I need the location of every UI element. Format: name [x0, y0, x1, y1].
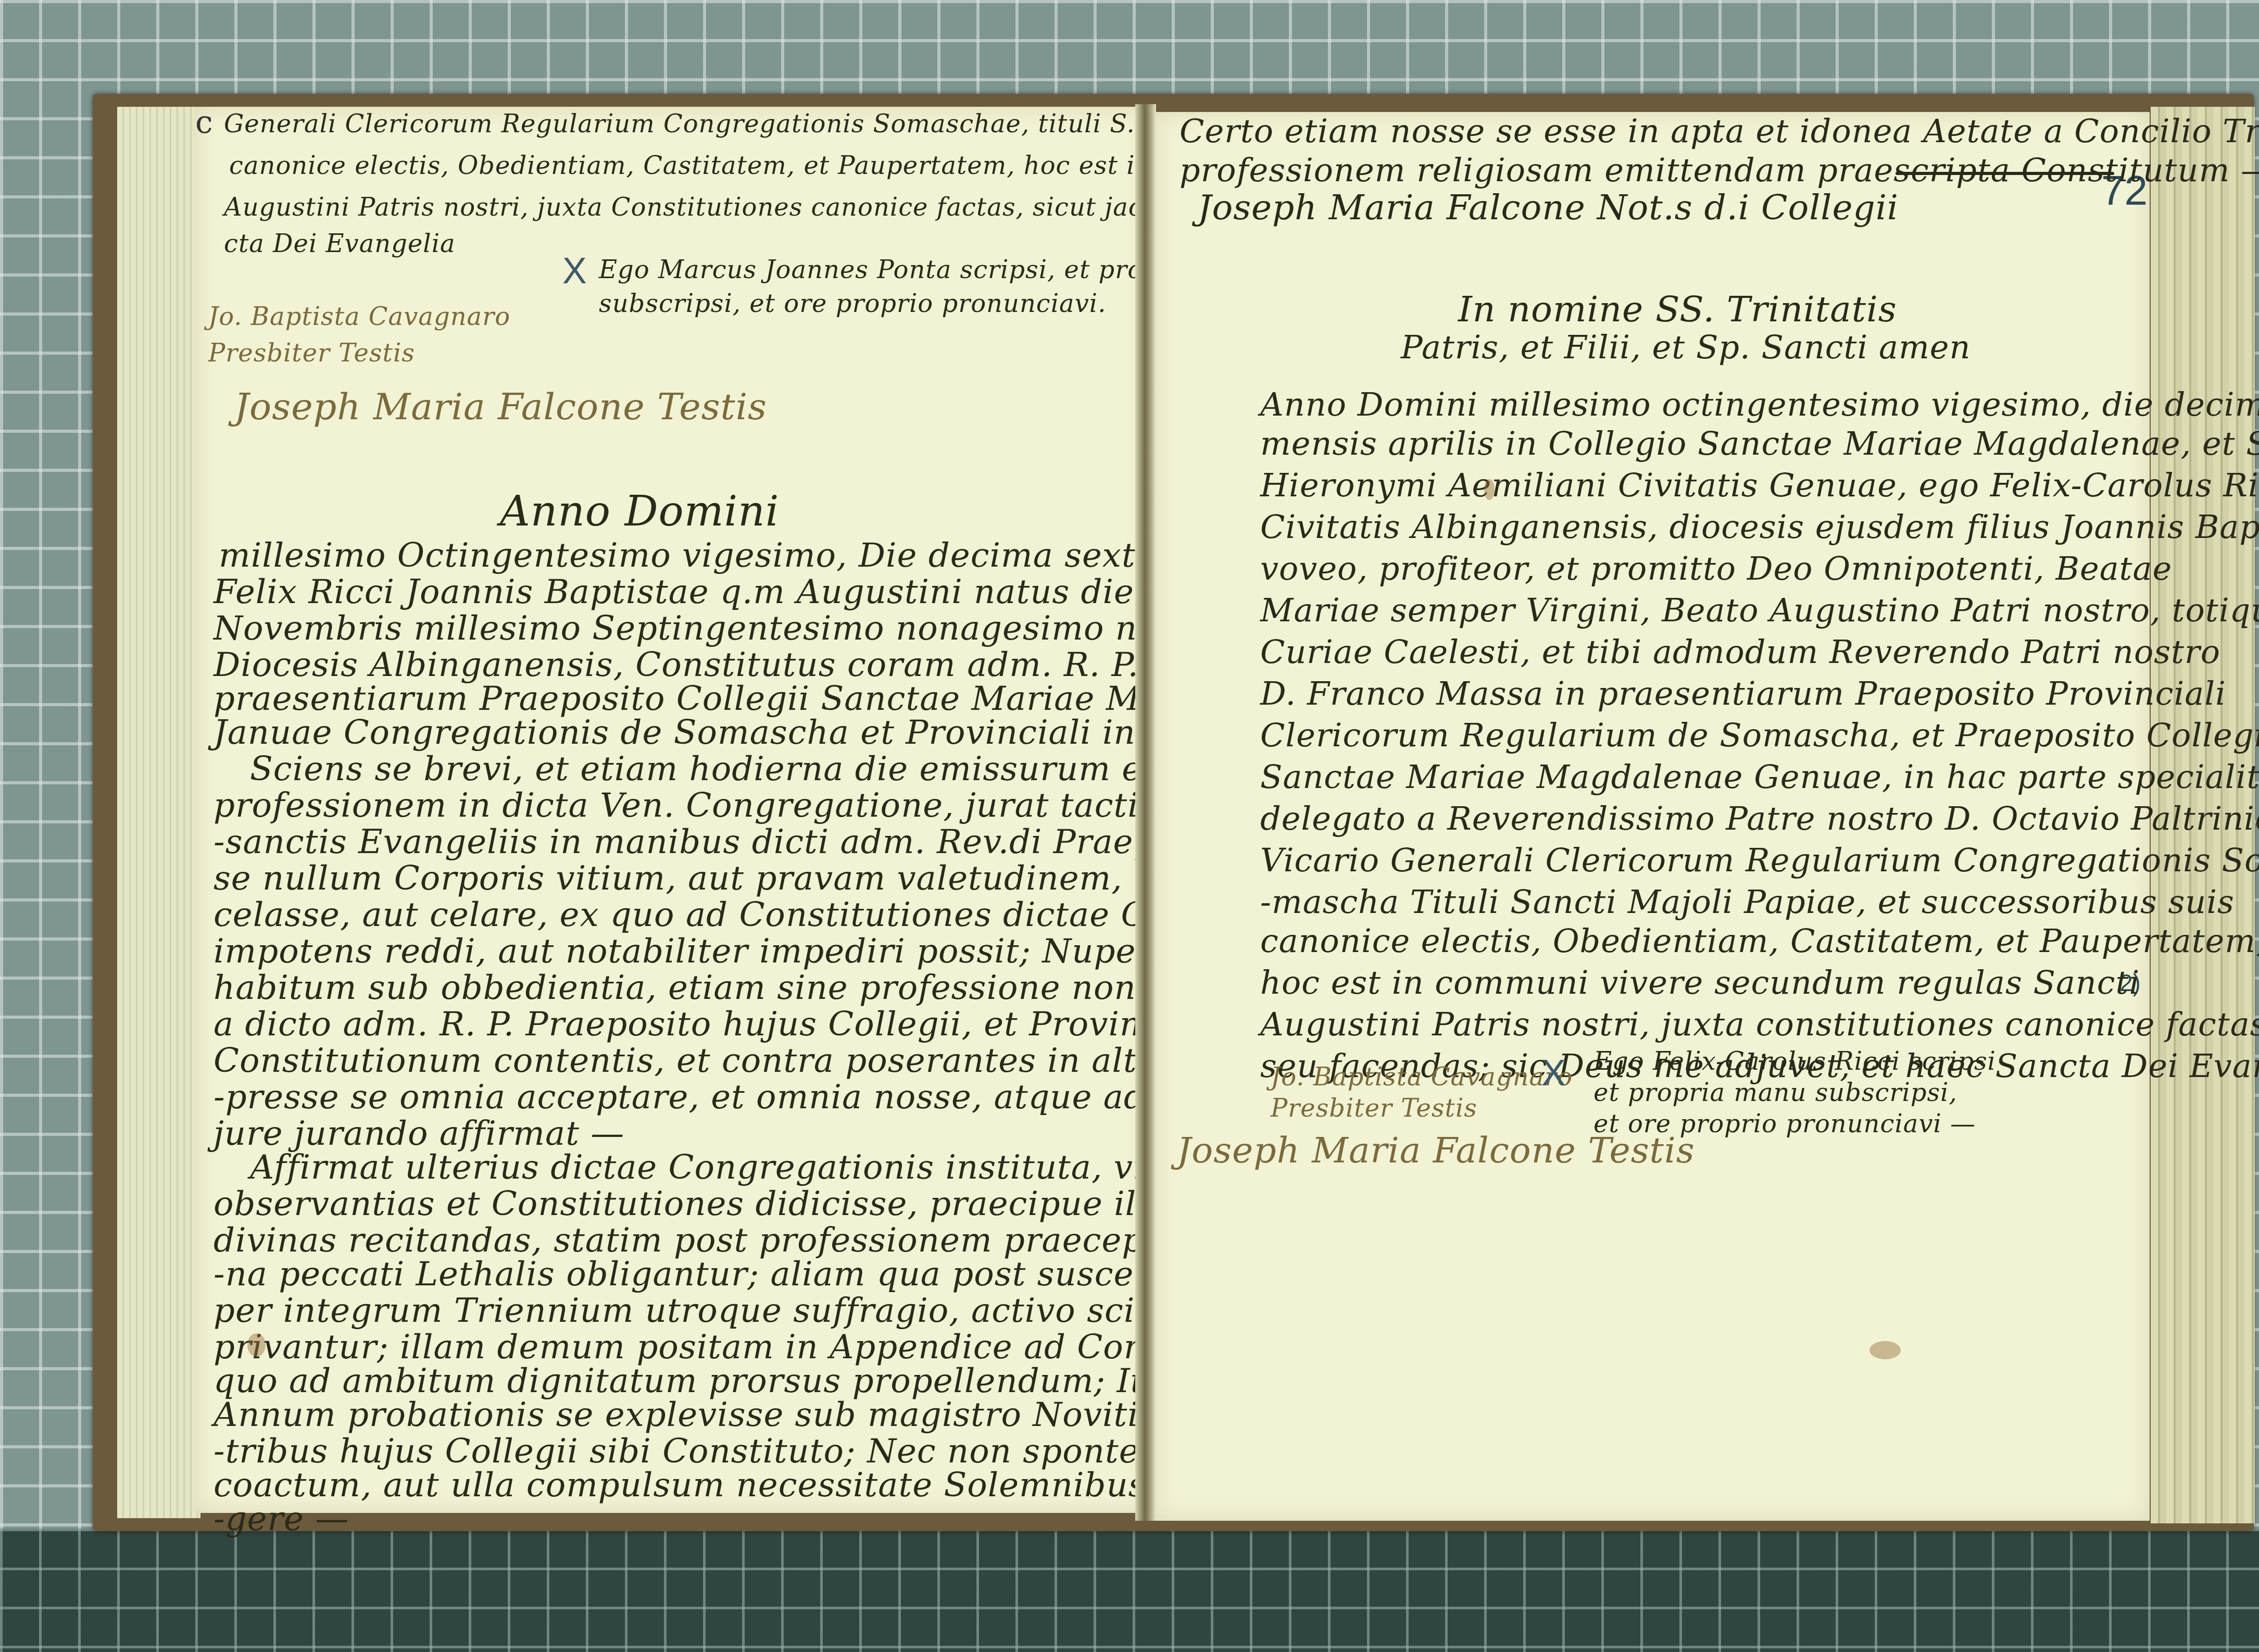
notary-signature: Joseph Maria Falcone Testis [234, 385, 767, 428]
cross-mark: X [562, 250, 587, 292]
text-line: -mascha Tituli Sancti Majoli Papiae, et … [1260, 883, 2235, 921]
text-line: Mariae semper Virgini, Beato Augustino P… [1260, 591, 2259, 629]
declaration-line: et propria manu subscripsi, [1593, 1078, 1957, 1107]
line-filler [1896, 172, 2114, 175]
notary-signature: Joseph Maria Falcone Not.s d.i Collegii [1198, 187, 1899, 228]
text-line: Clericorum Regularium de Somascha, et Pr… [1260, 716, 2259, 754]
margin-mark: c [195, 104, 216, 260]
paper-stain [1484, 479, 1495, 500]
text-line: professionem religiosam emittendam praes… [1179, 151, 2259, 189]
text-line: mensis aprilis in Collegio Sanctae Maria… [1260, 424, 2259, 462]
text-line: canonice electis, Obedientiam, Castitate… [1260, 922, 2259, 960]
text-line: Curiae Caelesti, et tibi admodum Reveren… [1260, 633, 2220, 671]
ink-stain [1869, 1341, 1901, 1359]
cross-mark: X [1541, 1052, 1566, 1094]
witness-title: Presbiter Testis [1271, 1094, 1477, 1123]
page-edges-left [117, 107, 200, 1518]
text-line: Civitatis Albinganensis, diocesis ejusde… [1260, 508, 2259, 546]
text-line: D. Franco Massa in praesentiarum Praepos… [1260, 674, 2226, 712]
heading-anno-domini: Anno Domini [500, 487, 779, 535]
text-line: delegato a Reverendissimo Patre nostro D… [1260, 799, 2259, 837]
text-line: -gere — [214, 1500, 349, 1538]
text-line: hoc est in communi vivere secundum regul… [1260, 963, 2140, 1002]
invocation-line: In nomine SS. Trinitatis [1458, 289, 1897, 330]
notary-signature: Joseph Maria Falcone Testis [1177, 1130, 1695, 1171]
witness-signature: Jo. Baptista Cavagnaro [208, 302, 510, 331]
text-line: voveo, profiteor, et promitto Deo Omnipo… [1260, 549, 2172, 587]
text-line: Sanctae Mariae Magdalenae Genuae, in hac… [1260, 758, 2259, 796]
text-line: jure jurando affirmat — [214, 1115, 624, 1153]
text-line: cta Dei Evangelia [224, 229, 456, 258]
witness-signature: Jo. Baptista Cavagnaro [1271, 1062, 1573, 1092]
calibration-grid-dark [0, 1529, 2259, 1652]
text-line: Augustini Patris nostri, juxta constitut… [1260, 1005, 2259, 1043]
witness-title: Presbiter Testis [208, 339, 415, 368]
book-gutter [1135, 104, 1156, 1521]
ink-stain [247, 1333, 266, 1357]
text-line: Anno Domini millesimo octingentesimo vig… [1260, 385, 2259, 423]
declaration-line: Ego Felix-Carolus Ricci scripsi [1593, 1047, 1996, 1076]
text-line: Certo etiam nosse se esse in apta et ido… [1179, 112, 2259, 150]
text-line: Vicario Generali Clericorum Regularium C… [1260, 841, 2259, 879]
declaration-line: subscripsi, et ore proprio pronunciavi. [599, 289, 1106, 318]
invocation-line: Patris, et Filii, et Sp. Sancti amen [1401, 328, 1971, 366]
text-line: Hieronymi Aemiliani Civitatis Genuae, eg… [1260, 466, 2259, 504]
